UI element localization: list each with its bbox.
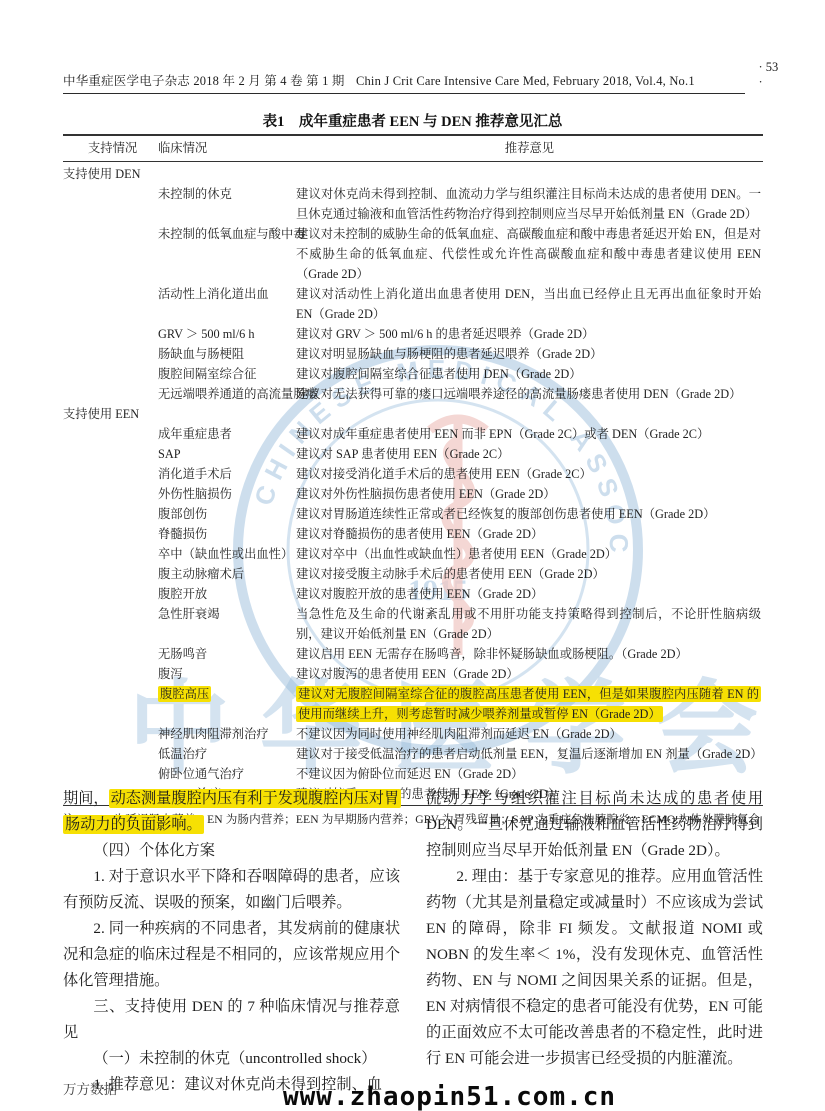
- table-section-header: 支持使用 EEN: [63, 404, 763, 424]
- clinical-condition-cell: 消化道手术后: [158, 464, 296, 484]
- recommendation-cell: 建议对接受腹主动脉手术后的患者使用 EEN（Grade 2D）: [296, 564, 763, 584]
- journal-citation: 中华重症医学电子杂志 2018 年 2 月 第 4 卷 第 1 期 Chin J…: [63, 71, 745, 94]
- table-row: 肠缺血与肠梗阻 建议对明显肠缺血与肠梗阻的患者延迟喂养（Grade 2D）: [63, 344, 763, 364]
- clinical-condition-cell: 活动性上消化道出血: [158, 284, 296, 324]
- column-header-recommendation: 推荐意见: [296, 138, 763, 158]
- journal-page: CHINESE MEDICAL ASSOCIATION 1915 中华医学会 中…: [0, 0, 825, 1111]
- table-row: 成年重症患者 建议对成年重症患者使用 EEN 而非 EPN（Grade 2C）或…: [63, 424, 763, 444]
- table-row: 无远端喂养通道的高流量肠瘘 建议对无法获得可靠的瘘口远端喂养途径的高流量肠瘘患者…: [63, 384, 763, 404]
- page-number: · 53 ·: [759, 60, 785, 94]
- table-row: 腹主动脉瘤术后 建议对接受腹主动脉手术后的患者使用 EEN（Grade 2D）: [63, 564, 763, 584]
- clinical-condition-cell: 急性肝衰竭: [158, 604, 296, 644]
- recommendation-cell: 建议对卒中（出血性或缺血性）患者使用 EEN（Grade 2D）: [296, 544, 763, 564]
- recommendation-cell: 建议对腹腔间隔室综合征患者使用 DEN（Grade 2D）: [296, 364, 763, 384]
- wanfang-data-mark: 万方数据: [63, 1078, 117, 1098]
- url-watermark: www.zhaopin51.com.cn: [283, 1082, 616, 1111]
- table-row: 消化道手术后 建议对接受消化道手术后的患者使用 EEN（Grade 2C）: [63, 464, 763, 484]
- table-row: 神经肌肉阻滞剂治疗 不建议因为同时使用神经肌肉阻滞剂而延迟 EN（Grade 2…: [63, 724, 763, 744]
- recommendation-cell: 建议对明显肠缺血与肠梗阻的患者延迟喂养（Grade 2D）: [296, 344, 763, 364]
- body-paragraph: 流动力学与组织灌注目标尚未达成的患者使用 DEN。一旦休克通过输液和血管活性药物…: [426, 786, 763, 864]
- recommendation-cell: 建议对腹腔开放的患者使用 EEN（Grade 2D）: [296, 584, 763, 604]
- body-column-right: 流动力学与组织灌注目标尚未达成的患者使用 DEN。一旦休克通过输液和血管活性药物…: [426, 786, 763, 1098]
- body-paragraph: 三、支持使用 DEN 的 7 种临床情况与推荐意见: [63, 994, 400, 1046]
- clinical-condition-cell: 无肠鸣音: [158, 644, 296, 664]
- recommendation-cell: 建议对成年重症患者使用 EEN 而非 EPN（Grade 2C）或者 DEN（G…: [296, 424, 763, 444]
- body-paragraph: 1. 对于意识水平下降和吞咽障碍的患者，应该有预防反流、误吸的预案，如幽门后喂养…: [63, 864, 400, 916]
- body-paragraph: 2. 理由：基于专家意见的推荐。应用血管活性药物（尤其是剂量稳定或减量时）不应该…: [426, 864, 763, 1072]
- table-row: 俯卧位通气治疗 不建议因为俯卧位而延迟 EN（Grade 2D）: [63, 764, 763, 784]
- table-row: 腹腔开放 建议对腹腔开放的患者使用 EEN（Grade 2D）: [63, 584, 763, 604]
- recommendation-cell: 不建议因为俯卧位而延迟 EN（Grade 2D）: [296, 764, 763, 784]
- clinical-condition-cell: 未控制的低氧血症与酸中毒: [158, 224, 296, 284]
- article-body: 期间，动态测量腹腔内压有利于发现腹腔内压对胃肠动力的负面影响。 （四）个体化方案…: [63, 786, 763, 1098]
- recommendation-cell: 建议对无腹腔间隔室综合征的腹腔高压患者使用 EEN，但是如果腹腔内压随着 EN …: [296, 684, 763, 724]
- recommendation-cell: 建议对活动性上消化道出血患者使用 DEN，当出血已经停止且无再出血征象时开始 E…: [296, 284, 763, 324]
- recommendation-cell: 建议对无法获得可靠的瘘口远端喂养途径的高流量肠瘘患者使用 DEN（Grade 2…: [296, 384, 763, 404]
- journal-title-en: Chin J Crit Care Intensive Care Med, Feb…: [356, 74, 695, 88]
- recommendation-cell: 建议对外伤性脑损伤患者使用 EEN（Grade 2D）: [296, 484, 763, 504]
- recommendation-cell: 建议对 GRV ＞ 500 ml/6 h 的患者延迟喂养（Grade 2D）: [296, 324, 763, 344]
- column-header-clinical: 临床情况: [158, 138, 296, 158]
- table-row: 外伤性脑损伤 建议对外伤性脑损伤患者使用 EEN（Grade 2D）: [63, 484, 763, 504]
- clinical-condition-cell: 腹部创伤: [158, 504, 296, 524]
- table-row: 脊髓损伤 建议对脊髓损伤的患者使用 EEN（Grade 2D）: [63, 524, 763, 544]
- recommendation-cell: 建议对未控制的威胁生命的低氧血症、高碳酸血症和酸中毒患者延迟开始 EN，但是对不…: [296, 224, 763, 284]
- body-paragraph: （四）个体化方案: [63, 838, 400, 864]
- table-row: 腹部创伤 建议对胃肠道连续性正常或者已经恢复的腹部创伤患者使用 EEN（Grad…: [63, 504, 763, 524]
- recommendations-table: 支持情况 临床情况 推荐意见 支持使用 DEN 未控制的休克 建议对休克尚未得到…: [63, 134, 763, 830]
- body-paragraph: 2. 同一种疾病的不同患者，其发病前的健康状况和急症的临床过程是不相同的，应该常…: [63, 916, 400, 994]
- recommendation-cell: 当急性危及生命的代谢紊乱用或不用肝功能支持策略得到控制后，不论肝性脑病级别，建议…: [296, 604, 763, 644]
- column-header-support: 支持情况: [63, 138, 158, 158]
- recommendation-cell: 建议对 SAP 患者使用 EEN（Grade 2C）: [296, 444, 763, 464]
- clinical-condition-cell: 腹腔高压: [158, 684, 296, 724]
- clinical-condition-cell: SAP: [158, 444, 296, 464]
- clinical-condition-cell: 脊髓损伤: [158, 524, 296, 544]
- table-row: 无肠鸣音 建议启用 EEN 无需存在肠鸣音，除非怀疑肠缺血或肠梗阻。（Grade…: [63, 644, 763, 664]
- recommendation-cell: 建议对休克尚未得到控制、血流动力学与组织灌注目标尚未达成的患者使用 DEN。一旦…: [296, 184, 763, 224]
- table-body: 支持使用 DEN 未控制的休克 建议对休克尚未得到控制、血流动力学与组织灌注目标…: [63, 162, 763, 804]
- clinical-condition-cell: 未控制的休克: [158, 184, 296, 224]
- table-row: 腹泻 建议对腹泻的患者使用 EEN（Grade 2D）: [63, 664, 763, 684]
- table-section-header: 支持使用 DEN: [63, 164, 763, 184]
- clinical-condition-cell: 腹主动脉瘤术后: [158, 564, 296, 584]
- table-row: 腹腔间隔室综合征 建议对腹腔间隔室综合征患者使用 DEN（Grade 2D）: [63, 364, 763, 384]
- recommendation-cell: 建议对胃肠道连续性正常或者已经恢复的腹部创伤患者使用 EEN（Grade 2D）: [296, 504, 763, 524]
- table-row: SAP 建议对 SAP 患者使用 EEN（Grade 2C）: [63, 444, 763, 464]
- recommendation-cell: 不建议因为同时使用神经肌肉阻滞剂而延迟 EN（Grade 2D）: [296, 724, 763, 744]
- table-title: 表1 成年重症患者 EEN 与 DEN 推荐意见汇总: [0, 110, 825, 131]
- page-header: 中华重症医学电子杂志 2018 年 2 月 第 4 卷 第 1 期 Chin J…: [63, 60, 785, 94]
- table-row: 卒中（缺血性或出血性） 建议对卒中（出血性或缺血性）患者使用 EEN（Grade…: [63, 544, 763, 564]
- clinical-condition-cell: 俯卧位通气治疗: [158, 764, 296, 784]
- clinical-condition-cell: 无远端喂养通道的高流量肠瘘: [158, 384, 296, 404]
- recommendation-cell: 建议对腹泻的患者使用 EEN（Grade 2D）: [296, 664, 763, 684]
- table-row: 低温治疗 建议对于接受低温治疗的患者启动低剂量 EEN，复温后逐渐增加 EN 剂…: [63, 744, 763, 764]
- clinical-condition-cell: 卒中（缺血性或出血性）: [158, 544, 296, 564]
- clinical-condition-cell: 腹腔开放: [158, 584, 296, 604]
- clinical-condition-cell: GRV ＞ 500 ml/6 h: [158, 324, 296, 344]
- clinical-condition-cell: 外伤性脑损伤: [158, 484, 296, 504]
- body-column-left: 期间，动态测量腹腔内压有利于发现腹腔内压对胃肠动力的负面影响。 （四）个体化方案…: [63, 786, 400, 1098]
- recommendation-cell: 建议对于接受低温治疗的患者启动低剂量 EEN，复温后逐渐增加 EN 剂量（Gra…: [296, 744, 763, 764]
- clinical-condition-cell: 神经肌肉阻滞剂治疗: [158, 724, 296, 744]
- body-paragraph: 期间，动态测量腹腔内压有利于发现腹腔内压对胃肠动力的负面影响。: [63, 786, 400, 838]
- recommendation-cell: 建议启用 EEN 无需存在肠鸣音，除非怀疑肠缺血或肠梗阻。（Grade 2D）: [296, 644, 763, 664]
- table-row: 腹腔高压 建议对无腹腔间隔室综合征的腹腔高压患者使用 EEN，但是如果腹腔内压随…: [63, 684, 763, 724]
- table-header-row: 支持情况 临床情况 推荐意见: [63, 134, 763, 162]
- recommendation-cell: 建议对接受消化道手术后的患者使用 EEN（Grade 2C）: [296, 464, 763, 484]
- body-paragraph: （一）未控制的休克（uncontrolled shock）: [63, 1046, 400, 1072]
- table-row: 未控制的休克 建议对休克尚未得到控制、血流动力学与组织灌注目标尚未达成的患者使用…: [63, 184, 763, 224]
- clinical-condition-cell: 低温治疗: [158, 744, 296, 764]
- table-row: 未控制的低氧血症与酸中毒 建议对未控制的威胁生命的低氧血症、高碳酸血症和酸中毒患…: [63, 224, 763, 284]
- table-row: 活动性上消化道出血 建议对活动性上消化道出血患者使用 DEN，当出血已经停止且无…: [63, 284, 763, 324]
- clinical-condition-cell: 腹泻: [158, 664, 296, 684]
- journal-title-cn: 中华重症医学电子杂志 2018 年 2 月 第 4 卷 第 1 期: [63, 74, 345, 88]
- clinical-condition-cell: 腹腔间隔室综合征: [158, 364, 296, 384]
- table-row: GRV ＞ 500 ml/6 h 建议对 GRV ＞ 500 ml/6 h 的患…: [63, 324, 763, 344]
- clinical-condition-cell: 肠缺血与肠梗阻: [158, 344, 296, 364]
- table-row: 急性肝衰竭 当急性危及生命的代谢紊乱用或不用肝功能支持策略得到控制后，不论肝性脑…: [63, 604, 763, 644]
- recommendation-cell: 建议对脊髓损伤的患者使用 EEN（Grade 2D）: [296, 524, 763, 544]
- clinical-condition-cell: 成年重症患者: [158, 424, 296, 444]
